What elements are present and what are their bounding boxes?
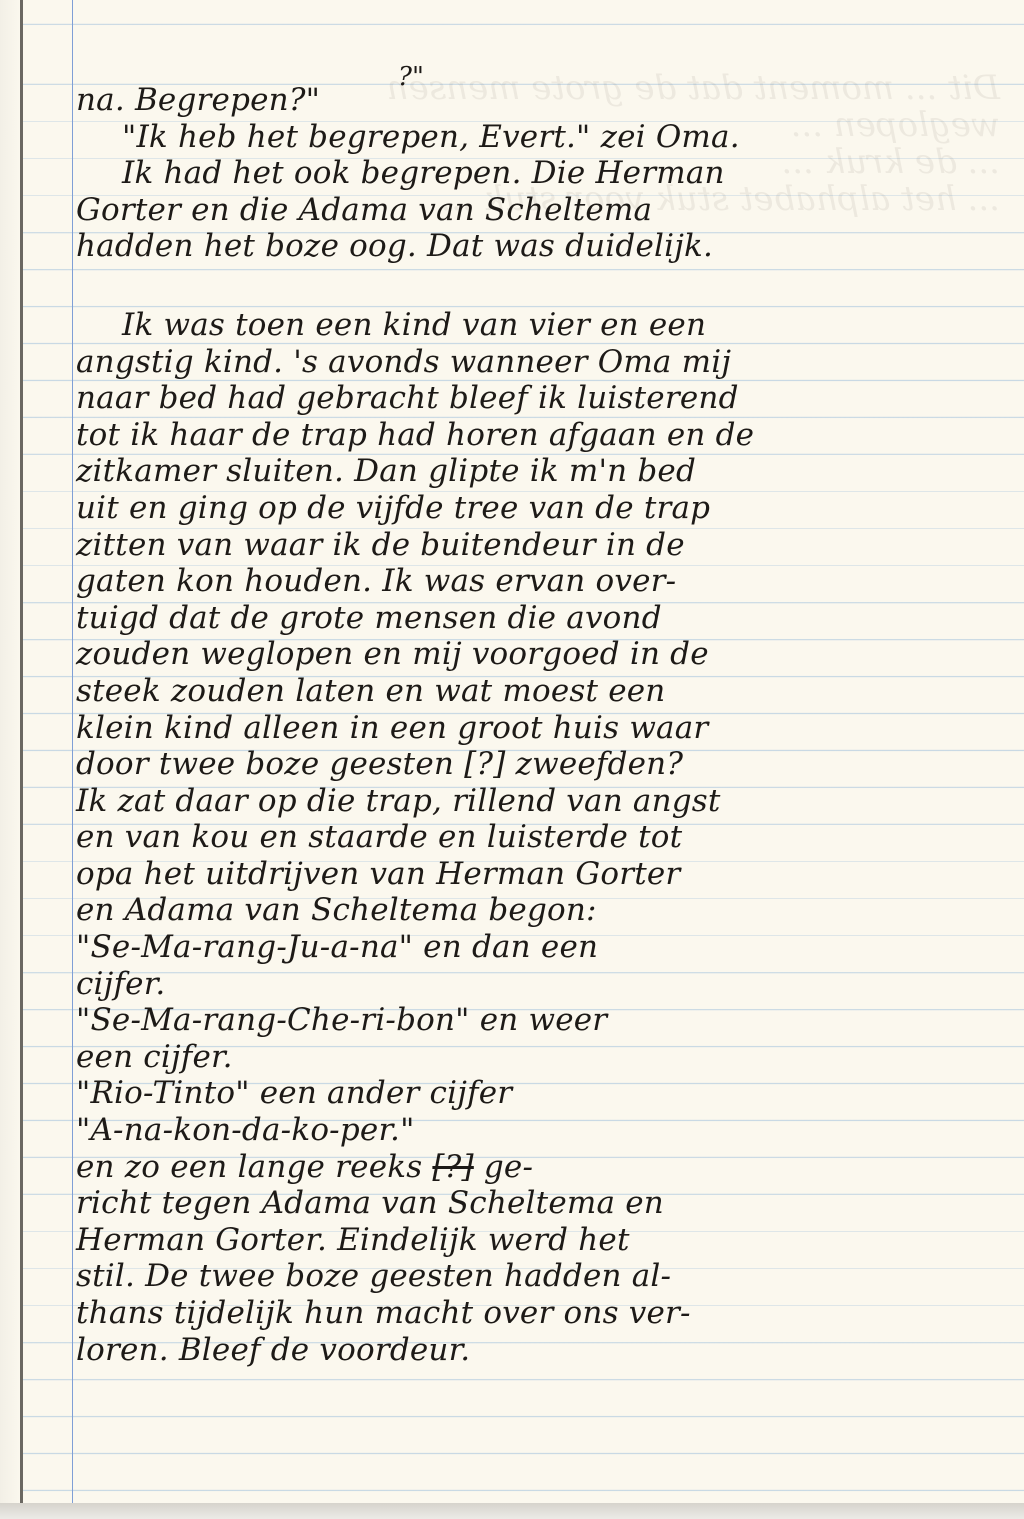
struck-word: [?] — [432, 1149, 473, 1185]
text-line: gaten kon houden. Ik was ervan over- — [76, 563, 1016, 600]
text-line: zitkamer sluiten. Dan glipte ik m'n bed — [76, 453, 1016, 490]
text-line: Herman Gorter. Eindelijk werd het — [76, 1222, 1016, 1259]
text-line: uit en ging op de vijfde tree van de tra… — [76, 490, 1016, 527]
text-line: loren. Bleef de voordeur. — [76, 1332, 1016, 1369]
text-line: zouden weglopen en mij voorgoed in de — [76, 636, 1016, 673]
text-line: hadden het boze oog. Dat was duidelijk. — [76, 228, 1016, 265]
text-line: "A-na-kon-da-ko-per." — [76, 1112, 1016, 1149]
text-line: en van kou en staarde en luisterde tot — [76, 819, 1016, 856]
margin-line — [72, 0, 73, 1503]
binding-edge — [20, 0, 23, 1503]
text-fragment: en zo een lange reeks [?] ge- — [76, 1149, 533, 1185]
text-line: stil. De twee boze geesten hadden al- — [76, 1258, 1016, 1295]
text-line: door twee boze geesten [?] zweefden? — [76, 746, 1016, 783]
binding-shadow — [0, 0, 20, 1503]
text-line: "Ik heb het begrepen, Evert." zei Oma. — [76, 119, 1016, 156]
text-line: opa het uitdrijven van Herman Gorter — [76, 856, 1016, 893]
text-line: naar bed had gebracht bleef ik luisteren… — [76, 380, 1016, 417]
text-line: klein kind alleen in een groot huis waar — [76, 710, 1016, 747]
page-bottom-edge — [0, 1503, 1024, 1519]
text-line: Gorter en die Adama van Scheltema — [76, 192, 1016, 229]
text-line: zitten van waar ik de buitendeur in de — [76, 527, 1016, 564]
text-line: en Adama van Scheltema begon: — [76, 892, 1016, 929]
text-line: "Rio-Tinto" een ander cijfer — [76, 1075, 1016, 1112]
text-line: Ik had het ook begrepen. Die Herman — [76, 155, 1016, 192]
text-line: en zo een lange reeks [?] ge- — [76, 1149, 1016, 1186]
text-line: Ik was toen een kind van vier en een — [76, 307, 1016, 344]
text-line: tuigd dat de grote mensen die avond — [76, 600, 1016, 637]
text-line: steek zouden laten en wat moest een — [76, 673, 1016, 710]
text-line: cijfer. — [76, 966, 1016, 1003]
paragraph-gap — [76, 265, 1016, 307]
text-line: angstig kind. 's avonds wanneer Oma mij — [76, 344, 1016, 381]
text-line: "Se-Ma-rang-Che-ri-bon" en weer — [76, 1002, 1016, 1039]
text-line: "Se-Ma-rang-Ju-a-na" en dan een — [76, 929, 1016, 966]
notebook-page: Dit ... moment dat de grote mensen weglo… — [0, 0, 1024, 1503]
text-line: Ik zat daar op die trap, rillend van ang… — [76, 783, 1016, 820]
text-line: tot ik haar de trap had horen afgaan en … — [76, 417, 1016, 454]
text-line: thans tijdelijk hun macht over ons ver- — [76, 1295, 1016, 1332]
text-line: richt tegen Adama van Scheltema en — [76, 1185, 1016, 1222]
text-line: na. Begrepen?" — [76, 82, 1016, 119]
handwritten-text: na. Begrepen?" "Ik heb het begrepen, Eve… — [76, 82, 1016, 1368]
text-line: een cijfer. — [76, 1039, 1016, 1076]
